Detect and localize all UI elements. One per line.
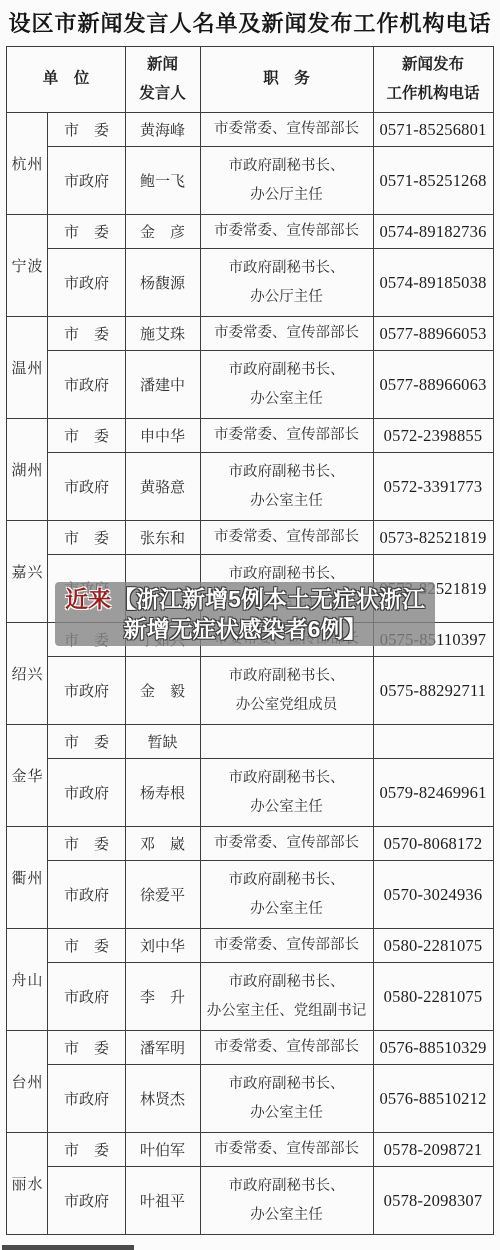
unit-cell: 市 委 [48,317,125,351]
page-title: 设区市新闻发言人名单及新闻发布工作机构电话 [0,0,500,38]
spokesperson-cell: 暂缺 [125,725,200,759]
city-cell: 衢州 [7,827,48,929]
city-cell: 嘉兴 [7,521,48,623]
position-cell: 市政府副秘书长、 办公厅主任 [200,147,373,215]
phone-cell: 0577-88966053 [373,317,493,351]
table-row: 市政府金 毅市政府副秘书长、 办公室党组成员0575-88292711 [7,657,493,725]
city-cell: 宁波 [7,215,48,317]
city-cell: 舟山 [7,929,48,1031]
table-row: 台州市 委潘军明市委常委、宣传部部长0576-88510329 [7,1031,493,1065]
position-cell: 市委常委、宣传部部长 [200,827,373,861]
phone-cell: 0572-2398855 [373,419,493,453]
unit-cell: 市政府 [48,657,125,725]
city-cell: 金华 [7,725,48,827]
position-cell: 市委常委、宣传部部长 [200,317,373,351]
table-row: 嘉兴市 委张东和市委常委、宣传部部长0573-82521819 [7,521,493,555]
phone-cell: 0578-2098721 [373,1133,493,1167]
phone-cell: 0570-8068172 [373,827,493,861]
spokesperson-cell: 杨馥源 [125,249,200,317]
table-row: 丽水市 委叶伯军市委常委、宣传部部长0578-2098721 [7,1133,493,1167]
unit-cell: 市 委 [48,1031,125,1065]
phone-cell: 0577-88966063 [373,351,493,419]
unit-cell: 市政府 [48,147,125,215]
position-cell: 市政府副秘书长、 办公室主任 [200,861,373,929]
spokesperson-cell: 邓 崴 [125,827,200,861]
spokesperson-cell: 施艾珠 [125,317,200,351]
phone-cell [373,725,493,759]
table-row: 市政府杨馥源市政府副秘书长、 办公厅主任0574-89185038 [7,249,493,317]
phone-cell: 0574-89185038 [373,249,493,317]
spokesperson-cell: 金 彦 [125,215,200,249]
caption-line-2: 新增无症状感染者6例】 [124,614,367,644]
table-body: 杭州市 委黄海峰市委常委、宣传部部长0571-85256801市政府鲍一飞市政府… [7,113,493,1235]
position-cell: 市委常委、宣传部部长 [200,929,373,963]
position-cell: 市委常委、宣传部部长 [200,419,373,453]
header-unit: 单 位 [7,47,125,113]
phone-cell: 0571-85251268 [373,147,493,215]
spokesperson-cell: 鲍一飞 [125,147,200,215]
table-row: 金华市 委暂缺 [7,725,493,759]
position-cell: 市政府副秘书长、 办公室主任 [200,1167,373,1235]
spokesperson-cell: 张东和 [125,521,200,555]
table-row: 衢州市 委邓 崴市委常委、宣传部部长0570-8068172 [7,827,493,861]
table-row: 市政府杨寿根市政府副秘书长、 办公室主任0579-82469961 [7,759,493,827]
table-row: 市政府黄骆意市政府副秘书长、 办公室主任0572-3391773 [7,453,493,521]
header-phone: 新闻发布 工作机构电话 [373,47,493,113]
spokesperson-cell: 黄骆意 [125,453,200,521]
spokesperson-cell: 潘建中 [125,351,200,419]
caption-line1-text: 【浙江新增5例本土无症状浙江 [113,586,425,612]
table-row: 杭州市 委黄海峰市委常委、宣传部部长0571-85256801 [7,113,493,147]
table-row: 市政府潘建中市政府副秘书长、 办公室主任0577-88966063 [7,351,493,419]
news-caption-overlay: 近来【浙江新增5例本土无症状浙江 新增无症状感染者6例】 [55,582,435,646]
spokesperson-cell: 潘军明 [125,1031,200,1065]
table-row: 湖州市 委申中华市委常委、宣传部部长0572-2398855 [7,419,493,453]
phone-cell: 0570-3024936 [373,861,493,929]
spokesperson-cell: 黄海峰 [125,113,200,147]
city-cell: 杭州 [7,113,48,215]
phone-cell: 0574-89182736 [373,215,493,249]
phone-cell: 0576-88510212 [373,1065,493,1133]
phone-cell: 0578-2098307 [373,1167,493,1235]
position-cell: 市政府副秘书长、 办公室主任、党组副书记 [200,963,373,1031]
caption-line-1: 近来【浙江新增5例本土无症状浙江 [65,584,425,614]
unit-cell: 市政府 [48,861,125,929]
header-position: 职 务 [200,47,373,113]
spokesperson-cell: 叶祖平 [125,1167,200,1235]
unit-cell: 市政府 [48,1167,125,1235]
unit-cell: 市 委 [48,827,125,861]
city-cell: 丽水 [7,1133,48,1235]
position-cell: 市政府副秘书长、 办公室主任 [200,1065,373,1133]
spokesperson-cell: 金 毅 [125,657,200,725]
table-row: 舟山市 委刘中华市委常委、宣传部部长0580-2281075 [7,929,493,963]
city-cell: 温州 [7,317,48,419]
position-cell: 市委常委、宣传部部长 [200,113,373,147]
phone-cell: 0580-2281075 [373,963,493,1031]
position-cell: 市委常委、宣传部部长 [200,1031,373,1065]
position-cell: 市委常委、宣传部部长 [200,1133,373,1167]
position-cell: 市政府副秘书长、 办公室主任 [200,351,373,419]
phone-cell: 0579-82469961 [373,759,493,827]
phone-cell: 0575-88292711 [373,657,493,725]
position-cell: 市政府副秘书长、 办公室主任 [200,453,373,521]
phone-cell: 0576-88510329 [373,1031,493,1065]
table-row: 市政府鲍一飞市政府副秘书长、 办公厅主任0571-85251268 [7,147,493,215]
header-row: 单 位 新闻 发言人 职 务 新闻发布 工作机构电话 [7,47,493,113]
phone-cell: 0571-85256801 [373,113,493,147]
position-cell [200,725,373,759]
unit-cell: 市 委 [48,1133,125,1167]
caption-prefix: 近来 [65,586,111,612]
unit-cell: 市政府 [48,453,125,521]
page: 设区市新闻发言人名单及新闻发布工作机构电话 单 位 新闻 发言人 职 务 新闻发… [0,0,500,1250]
unit-cell: 市政府 [48,759,125,827]
unit-cell: 市政府 [48,963,125,1031]
spokesperson-cell: 林贤杰 [125,1065,200,1133]
header-spokesperson: 新闻 发言人 [125,47,200,113]
unit-cell: 市 委 [48,521,125,555]
spokesperson-cell: 杨寿根 [125,759,200,827]
unit-cell: 市 委 [48,929,125,963]
phone-cell: 0572-3391773 [373,453,493,521]
table-row: 市政府徐爱平市政府副秘书长、 办公室主任0570-3024936 [7,861,493,929]
phone-cell: 0573-82521819 [373,521,493,555]
table-row: 市政府林贤杰市政府副秘书长、 办公室主任0576-88510212 [7,1065,493,1133]
position-cell: 市政府副秘书长、 办公厅主任 [200,249,373,317]
city-cell: 台州 [7,1031,48,1133]
spokesperson-cell: 李 升 [125,963,200,1031]
unit-cell: 市政府 [48,1065,125,1133]
unit-cell: 市 委 [48,725,125,759]
spokesperson-cell: 叶伯军 [125,1133,200,1167]
unit-cell: 市政府 [48,249,125,317]
position-cell: 市政府副秘书长、 办公室党组成员 [200,657,373,725]
phone-cell: 0580-2281075 [373,929,493,963]
table-header: 单 位 新闻 发言人 职 务 新闻发布 工作机构电话 [7,47,493,113]
spokesperson-cell: 徐爱平 [125,861,200,929]
spokesperson-cell: 申中华 [125,419,200,453]
unit-cell: 市 委 [48,419,125,453]
unit-cell: 市 委 [48,215,125,249]
table-row: 市政府叶祖平市政府副秘书长、 办公室主任0578-2098307 [7,1167,493,1235]
position-cell: 市委常委、宣传部部长 [200,521,373,555]
city-cell: 湖州 [7,419,48,521]
position-cell: 市委常委、宣传部部长 [200,215,373,249]
table-row: 宁波市 委金 彦市委常委、宣传部部长0574-89182736 [7,215,493,249]
bottom-bar [2,1245,134,1250]
spokesperson-cell: 刘中华 [125,929,200,963]
position-cell: 市政府副秘书长、 办公室主任 [200,759,373,827]
unit-cell: 市政府 [48,351,125,419]
table-row: 市政府李 升市政府副秘书长、 办公室主任、党组副书记0580-2281075 [7,963,493,1031]
unit-cell: 市 委 [48,113,125,147]
table-row: 温州市 委施艾珠市委常委、宣传部部长0577-88966053 [7,317,493,351]
city-cell: 绍兴 [7,623,48,725]
